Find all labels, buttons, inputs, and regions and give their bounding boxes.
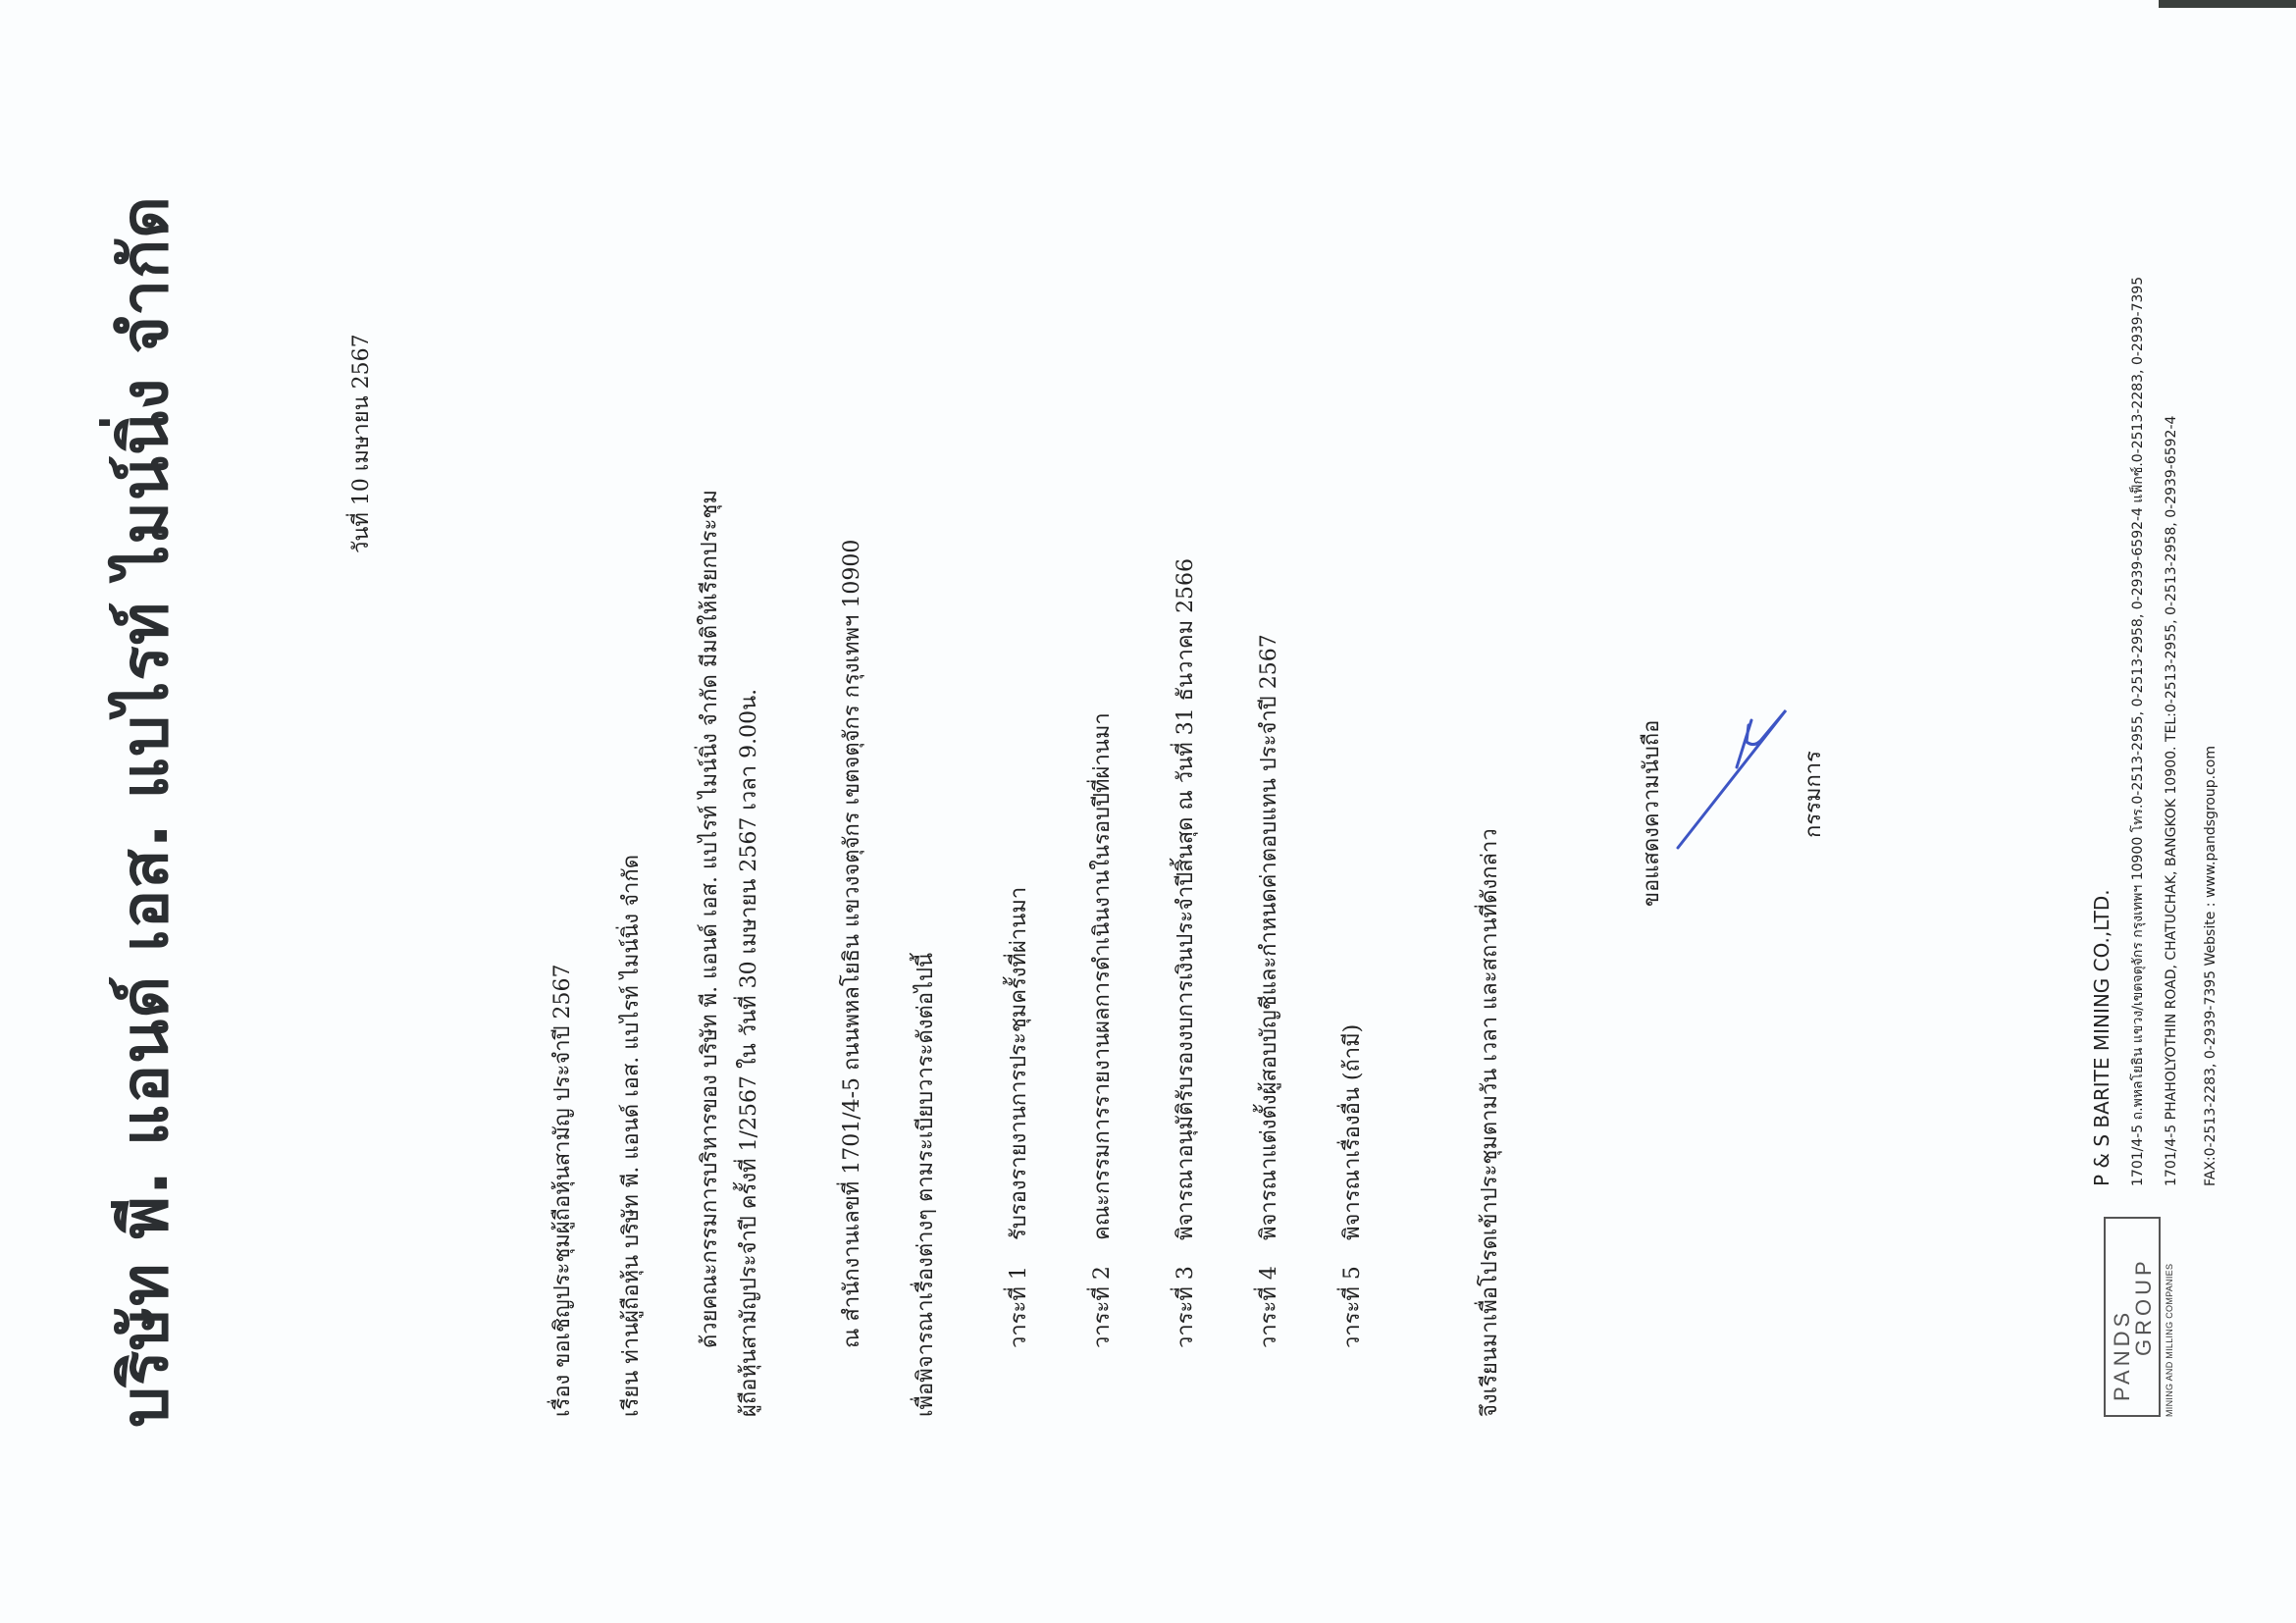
body-paragraph-agenda-intro: เพื่อพิจารณาเรื่องต่างๆ ตามระเบียบวาระดั… xyxy=(908,953,942,1417)
footer-address-english: 1701/4-5 PHAHOLYOTHIN ROAD, CHATUCHAK, B… xyxy=(2164,416,2179,1186)
letter-page: บริษัท พี. แอนด์ เอส. แบไรท์ ไมน์นิ่ง จำ… xyxy=(0,0,2296,1623)
company-title: บริษัท พี. แอนด์ เอส. แบไรท์ ไมน์นิ่ง จำ… xyxy=(93,0,196,1623)
body-paragraph-1-line-1: ด้วยคณะกรรมการบริหารของ บริษัท พี. แอนด์… xyxy=(692,490,726,1348)
logo-word-group: GROUP xyxy=(2131,1257,2157,1356)
agenda-number: วาระที่ 2 xyxy=(1084,1240,1119,1348)
agenda-item: วาระที่ 1รับรองรายงานการประชุมครั้งที่ผ่… xyxy=(1001,887,1035,1348)
letter-recipient: เรียน ท่านผู้ถือหุ้น บริษัท พี. แอนด์ เอ… xyxy=(613,855,648,1417)
agenda-number: วาระที่ 5 xyxy=(1334,1240,1369,1348)
closing-sentence: จึงเรียนมาเพื่อโปรดเข้าประชุมตามวัน เวลา… xyxy=(1472,828,1506,1417)
footer-company-name: P & S BARITE MINING CO.,LTD. xyxy=(2090,889,2113,1186)
footer-fax-website: FAX:0-2513-2283, 0-2939-7395 Website : w… xyxy=(2203,746,2218,1186)
body-paragraph-1-line-2: ผู้ถือหุ้นสามัญประจำปี ครั้งที่ 1/2567 ใ… xyxy=(731,689,765,1417)
agenda-item: วาระที่ 2คณะกรรมการรายงานผลการดำเนินงานใ… xyxy=(1084,712,1119,1348)
handwritten-signature xyxy=(1668,661,1805,858)
logo-tagline: MINING AND MILLING COMPANIES xyxy=(2165,1264,2174,1417)
pands-group-logo: PANDS GROUP xyxy=(2104,1217,2161,1417)
footer-address-thai: 1701/4-5 ถ.พหลโยธิน แขวง/เขตจตุจักร กรุง… xyxy=(2127,277,2149,1186)
agenda-item: วาระที่ 3พิจารณาอนุมัติรับรองงบการเงินปร… xyxy=(1168,558,1202,1348)
body-paragraph-venue: ณ สำนักงานเลขที่ 1701/4-5 ถนนพหลโยธิน แข… xyxy=(834,540,868,1348)
agenda-item: วาระที่ 5พิจารณาเรื่องอื่น (ถ้ามี) xyxy=(1334,1024,1369,1348)
agenda-text: รับรองรายงานการประชุมครั้งที่ผ่านมา xyxy=(1007,887,1031,1240)
signer-title: กรรมการ xyxy=(1796,751,1830,838)
agenda-number: วาระที่ 1 xyxy=(1001,1240,1035,1348)
regards-text: ขอแสดงความนับถือ xyxy=(1634,720,1668,907)
agenda-number: วาระที่ 4 xyxy=(1251,1240,1285,1348)
agenda-item: วาระที่ 4พิจารณาแต่งตั้งผู้สอบบัญชีและกำ… xyxy=(1251,634,1285,1348)
letter-date: วันที่ 10 เมษายน 2567 xyxy=(343,334,378,553)
agenda-text: พิจารณาเรื่องอื่น (ถ้ามี) xyxy=(1340,1024,1365,1240)
letter-subject: เรื่อง ขอเชิญประชุมผู้ถือหุ้นสามัญ ประจำ… xyxy=(545,964,579,1417)
agenda-number: วาระที่ 3 xyxy=(1168,1240,1202,1348)
agenda-text: พิจารณาแต่งตั้งผู้สอบบัญชีและกำหนดค่าตอบ… xyxy=(1257,634,1281,1240)
agenda-text: คณะกรรมการรายงานผลการดำเนินงานในรอบปีที่… xyxy=(1090,712,1115,1240)
agenda-text: พิจารณาอนุมัติรับรองงบการเงินประจำปีสิ้น… xyxy=(1174,558,1198,1240)
